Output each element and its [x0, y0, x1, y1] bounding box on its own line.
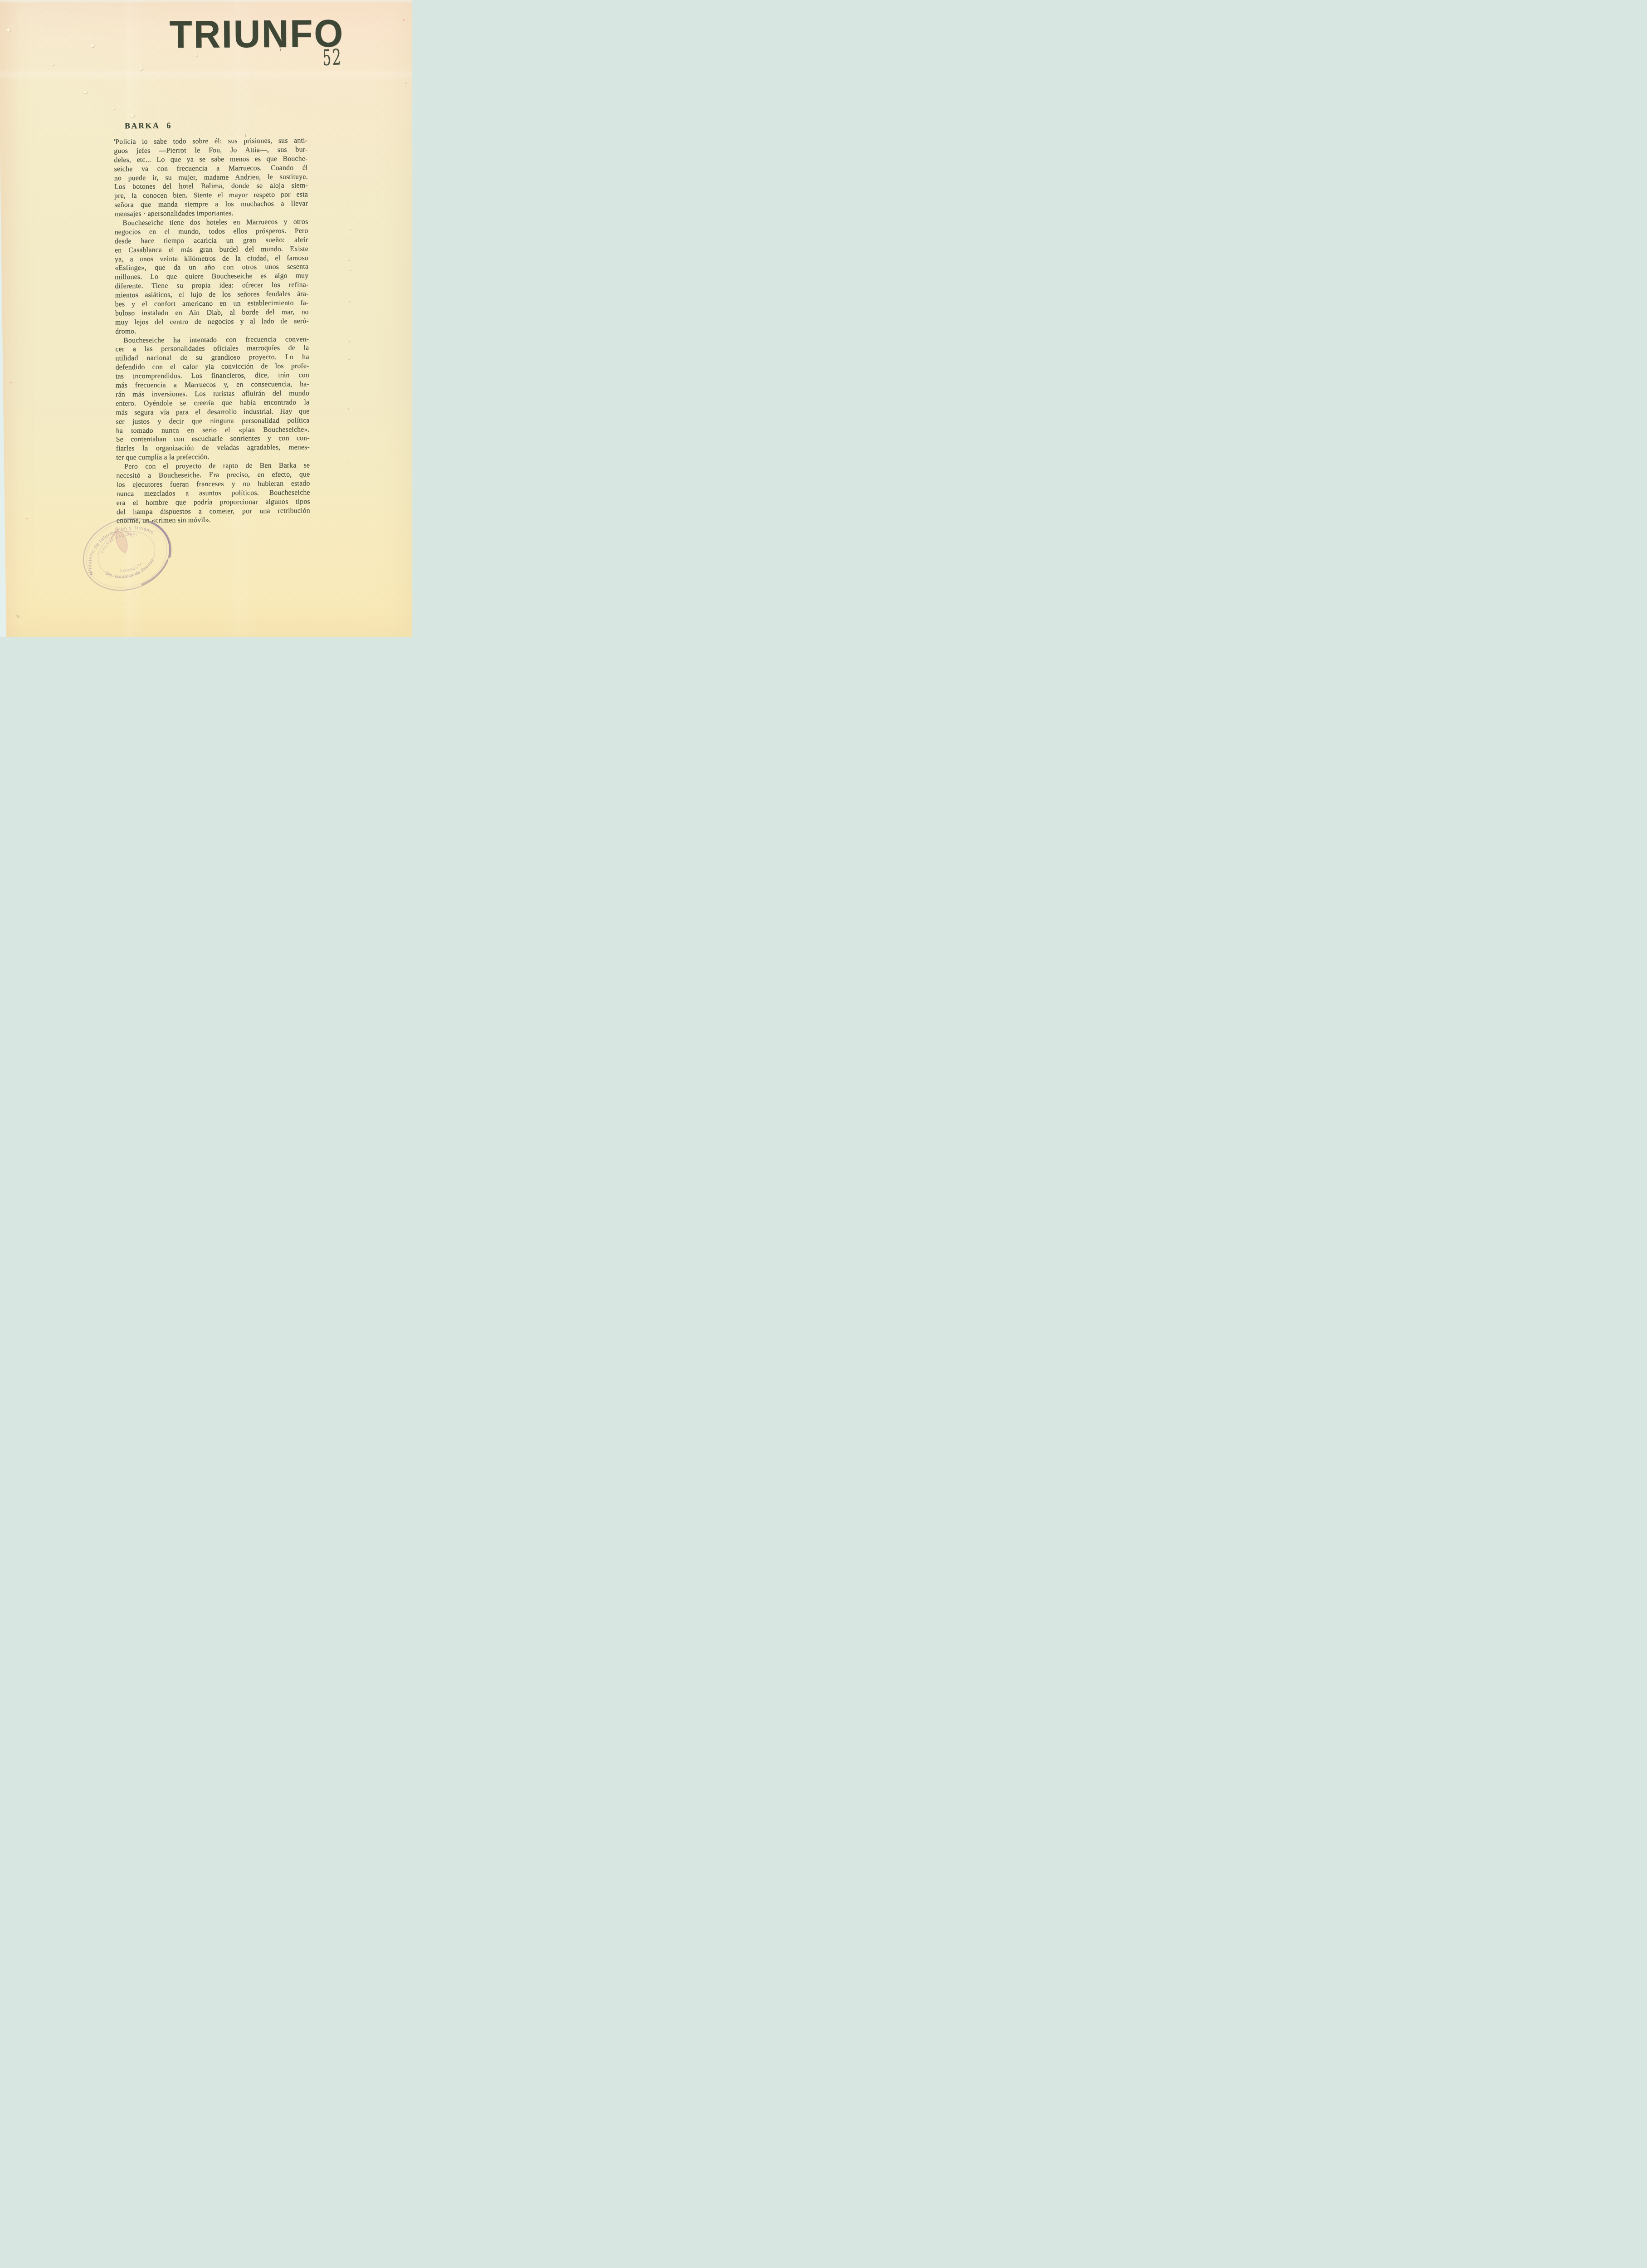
page-number-stamp: 52 — [322, 46, 342, 69]
scanned-page: TRIUNFO 52 BARKA6 'Policía lo sabe todo … — [0, 0, 412, 637]
section-heading-number: 6 — [166, 121, 172, 130]
text-line: seiche va con frecuencia a Marruecos. Cu… — [114, 163, 308, 174]
paragraph: Boucheseiche ha intentado con frecuencia… — [115, 335, 310, 462]
ministry-ink-stamp: Ministerio de Información y Turismo Dir.… — [76, 512, 177, 597]
text-line: ser justos y decir que ninguna personali… — [116, 416, 309, 426]
text-line: negocios en el mundo, todos ellos próspe… — [115, 226, 308, 237]
text-line: más segura vía para el desarrollo indust… — [116, 407, 309, 417]
text-line: entero. Oyéndole se creería que había en… — [116, 398, 309, 408]
stray-ink-mark: ⨯ — [15, 613, 21, 619]
paper: TRIUNFO 52 BARKA6 'Policía lo sabe todo … — [0, 0, 412, 637]
body-text: 'Policía lo sabe todo sobre él: sus pris… — [114, 136, 310, 525]
text-line: necesitó a Boucheseiche. Era preciso, en… — [116, 470, 310, 480]
text-line: desde hace tiempo acaricia un gran sueño… — [115, 235, 308, 246]
text-line: señora que manda siempre a los muchachos… — [114, 200, 308, 210]
text-line: buloso instalado en Ain Diab, al borde d… — [115, 308, 309, 318]
text-line: rán más inversiones. Los turistas afluir… — [116, 389, 309, 399]
stray-ink-mark: – — [347, 357, 350, 362]
text-line: los ejecutores fueran franceses y no hub… — [116, 479, 310, 489]
text-line: muy lejos del centro de negocios y al la… — [115, 317, 309, 327]
paragraph: 'Policía lo sabe todo sobre él: sus pris… — [114, 136, 308, 219]
text-line: guos jefes —Pierrot le Fou, Jo Attia—, s… — [114, 145, 307, 156]
text-line: deles, etc... Lo que ya se sabe menos es… — [114, 154, 307, 165]
section-heading-label: BARKA — [125, 121, 160, 131]
text-line: era el hombre que podría proporcionar al… — [117, 497, 310, 508]
text-line: nunca mezclados a asuntos políticos. Bou… — [117, 488, 310, 499]
text-line: fiarles la organización de veladas agrad… — [116, 443, 310, 454]
section-heading: BARKA6 — [125, 121, 172, 131]
text-line: en Casablanca el más gran burdel del mun… — [115, 244, 308, 255]
stray-ink-mark: – — [348, 258, 351, 263]
magazine-masthead: TRIUNFO — [169, 15, 344, 54]
paragraph: Boucheseiche tiene dos hoteles en Marrue… — [114, 217, 309, 336]
